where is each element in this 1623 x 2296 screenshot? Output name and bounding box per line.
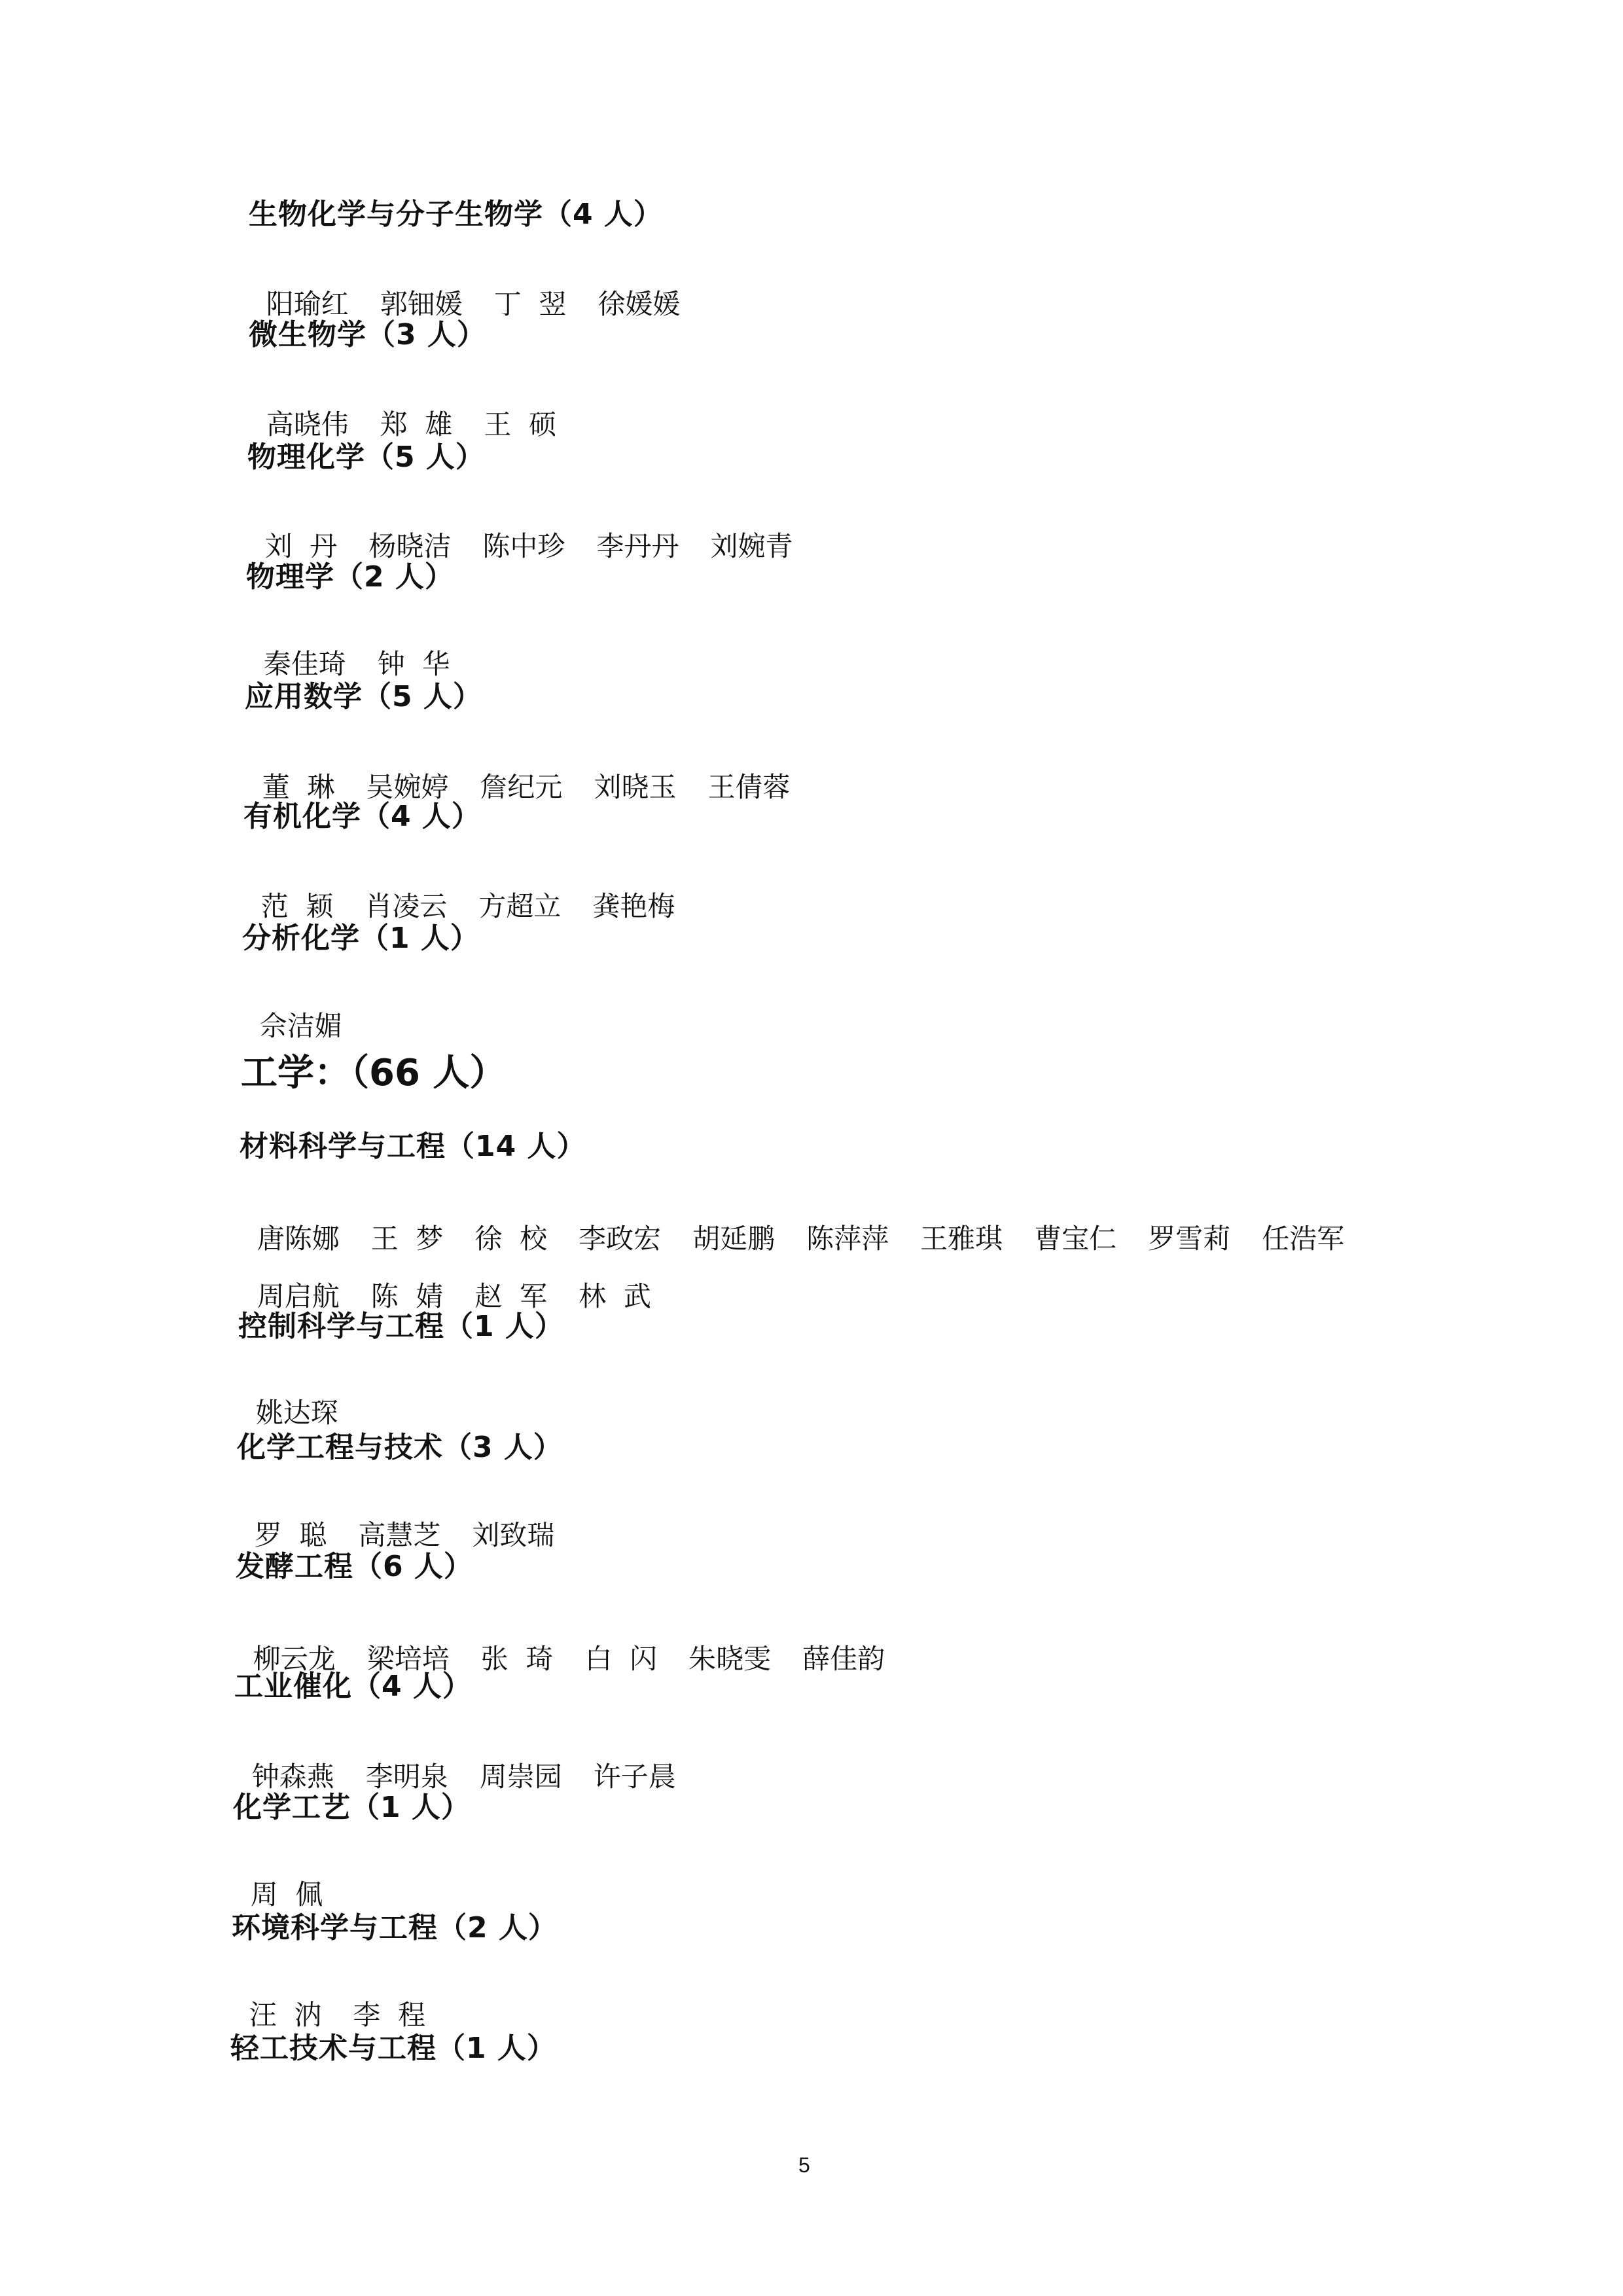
section-title-environment: 环境科学与工程（2 人） [232,1914,558,1943]
name: 杨晓洁 [368,533,451,560]
section-title-organic-chem: 有机化学（4 人） [243,802,481,831]
name: 林 武 [579,1283,651,1310]
name: 詹纪元 [480,774,562,801]
name: 周崇园 [480,1763,562,1791]
names-row-fermentation: 柳云龙梁培培张 琦白 闪朱晓雯薛佳韵 [236,1618,916,1673]
name: 钟森燕 [252,1763,334,1791]
name: 薛佳韵 [802,1645,885,1673]
name: 方超立 [478,893,561,920]
section-title-applied-math: 应用数学（5 人） [245,683,482,711]
names-row-environment: 汪 汭李 程 [232,1974,457,2029]
name: 陈中珍 [482,533,565,560]
name: 唐陈娜 [257,1225,340,1253]
name: 高晓伟 [266,411,349,439]
name: 郭钿媛 [380,291,463,318]
names-row-materials-1: 唐陈娜王 梦徐 校李政宏胡延鹏陈萍萍王雅琪曹宝仁罗雪莉任浩军 [240,1198,1376,1253]
name: 许子晨 [594,1763,676,1791]
name: 李明泉 [366,1763,448,1791]
names-row-industrial-catalysis: 钟森燕李明泉周崇园许子晨 [234,1736,707,1791]
name: 李政宏 [579,1225,661,1253]
names-row-microbiology: 高晓伟郑 雄王 硕 [249,384,588,439]
section-title-chem-eng: 化学工程与技术（3 人） [237,1433,563,1462]
section-title-physics: 物理学（2 人） [246,563,454,592]
names-row-physics: 秦佳琦钟 华 [246,623,481,678]
section-title-analytical-chem: 分析化学（1 人） [242,924,480,953]
name: 陈 婧 [371,1283,444,1310]
section-title-materials: 材料科学与工程（14 人） [240,1132,586,1161]
name: 徐 校 [474,1225,547,1253]
name: 周 佩 [251,1881,323,1909]
name: 王 梦 [371,1225,444,1253]
name: 高慧芝 [358,1522,440,1549]
names-row-materials-2: 周启航陈 婧赵 军林 武 [240,1255,683,1310]
name: 佘洁媚 [260,1013,342,1040]
name: 肖凌云 [365,893,447,920]
name: 钟 华 [378,651,450,678]
names-row-control: 姚达琛 [238,1372,370,1427]
name: 范 颖 [261,893,334,920]
section-title-microbiology: 微生物学（3 人） [249,321,486,350]
name: 刘晓玉 [594,774,676,801]
names-row-biochem: 阳瑜红郭钿媛丁 翌徐媛媛 [249,263,711,318]
names-row-chem-eng: 罗 聪高慧芝刘致瑞 [237,1494,586,1549]
name: 罗 聪 [255,1522,327,1549]
name: 郑 雄 [380,411,453,439]
name: 王倩蓉 [707,774,790,801]
name: 曹宝仁 [1034,1225,1116,1253]
names-row-physical-chem: 刘 丹杨晓洁陈中珍李丹丹刘婉青 [247,505,824,560]
names-row-chem-process: 周 佩 [233,1854,354,1909]
name: 丁 翌 [494,291,567,318]
name: 姚达琛 [256,1399,338,1427]
name: 陈萍萍 [806,1225,889,1253]
page-number: 5 [798,2153,810,2178]
name: 张 琦 [481,1645,554,1673]
name: 秦佳琦 [264,651,346,678]
name: 白 闪 [584,1645,657,1673]
name: 罗雪莉 [1148,1225,1230,1253]
name: 刘 丹 [265,533,338,560]
section-title-light-industry: 轻工技术与工程（1 人） [230,2034,556,2063]
name: 任浩军 [1262,1225,1344,1253]
name: 董 琳 [262,774,335,801]
section-title-industrial-catalysis: 工业催化（4 人） [234,1672,472,1701]
names-row-organic-chem: 范 颖肖凌云方超立龚艳梅 [243,865,706,920]
section-title-physical-chem: 物理化学（5 人） [247,443,485,472]
name: 柳云龙 [253,1645,336,1673]
section-title-control: 控制科学与工程（1 人） [238,1312,564,1341]
name: 王雅琪 [920,1225,1003,1253]
name: 刘致瑞 [472,1522,554,1549]
name: 王 硕 [484,411,556,439]
name: 周启航 [257,1283,340,1310]
section-title-chem-process: 化学工艺（1 人） [233,1793,471,1822]
name: 朱晓雯 [688,1645,771,1673]
name: 赵 军 [474,1283,547,1310]
name: 李 程 [353,2001,425,2029]
name: 胡延鹏 [692,1225,775,1253]
section-title-fermentation: 发酵工程（6 人） [236,1552,473,1581]
name: 刘婉青 [710,533,793,560]
name: 吴婉婷 [366,774,448,801]
names-row-analytical-chem: 佘洁媚 [242,985,374,1040]
name: 汪 汭 [249,2001,322,2029]
name: 龚艳梅 [592,893,675,920]
name: 阳瑜红 [266,291,349,318]
names-row-applied-math: 董 琳吴婉婷詹纪元刘晓玉王倩蓉 [245,746,821,801]
category-heading-engineering: 工学：（66 人） [241,1055,506,1092]
name: 李丹丹 [596,533,679,560]
name: 徐媛媛 [597,291,680,318]
section-title-biochem: 生物化学与分子生物学（4 人） [249,200,663,229]
name: 梁培培 [367,1645,450,1673]
